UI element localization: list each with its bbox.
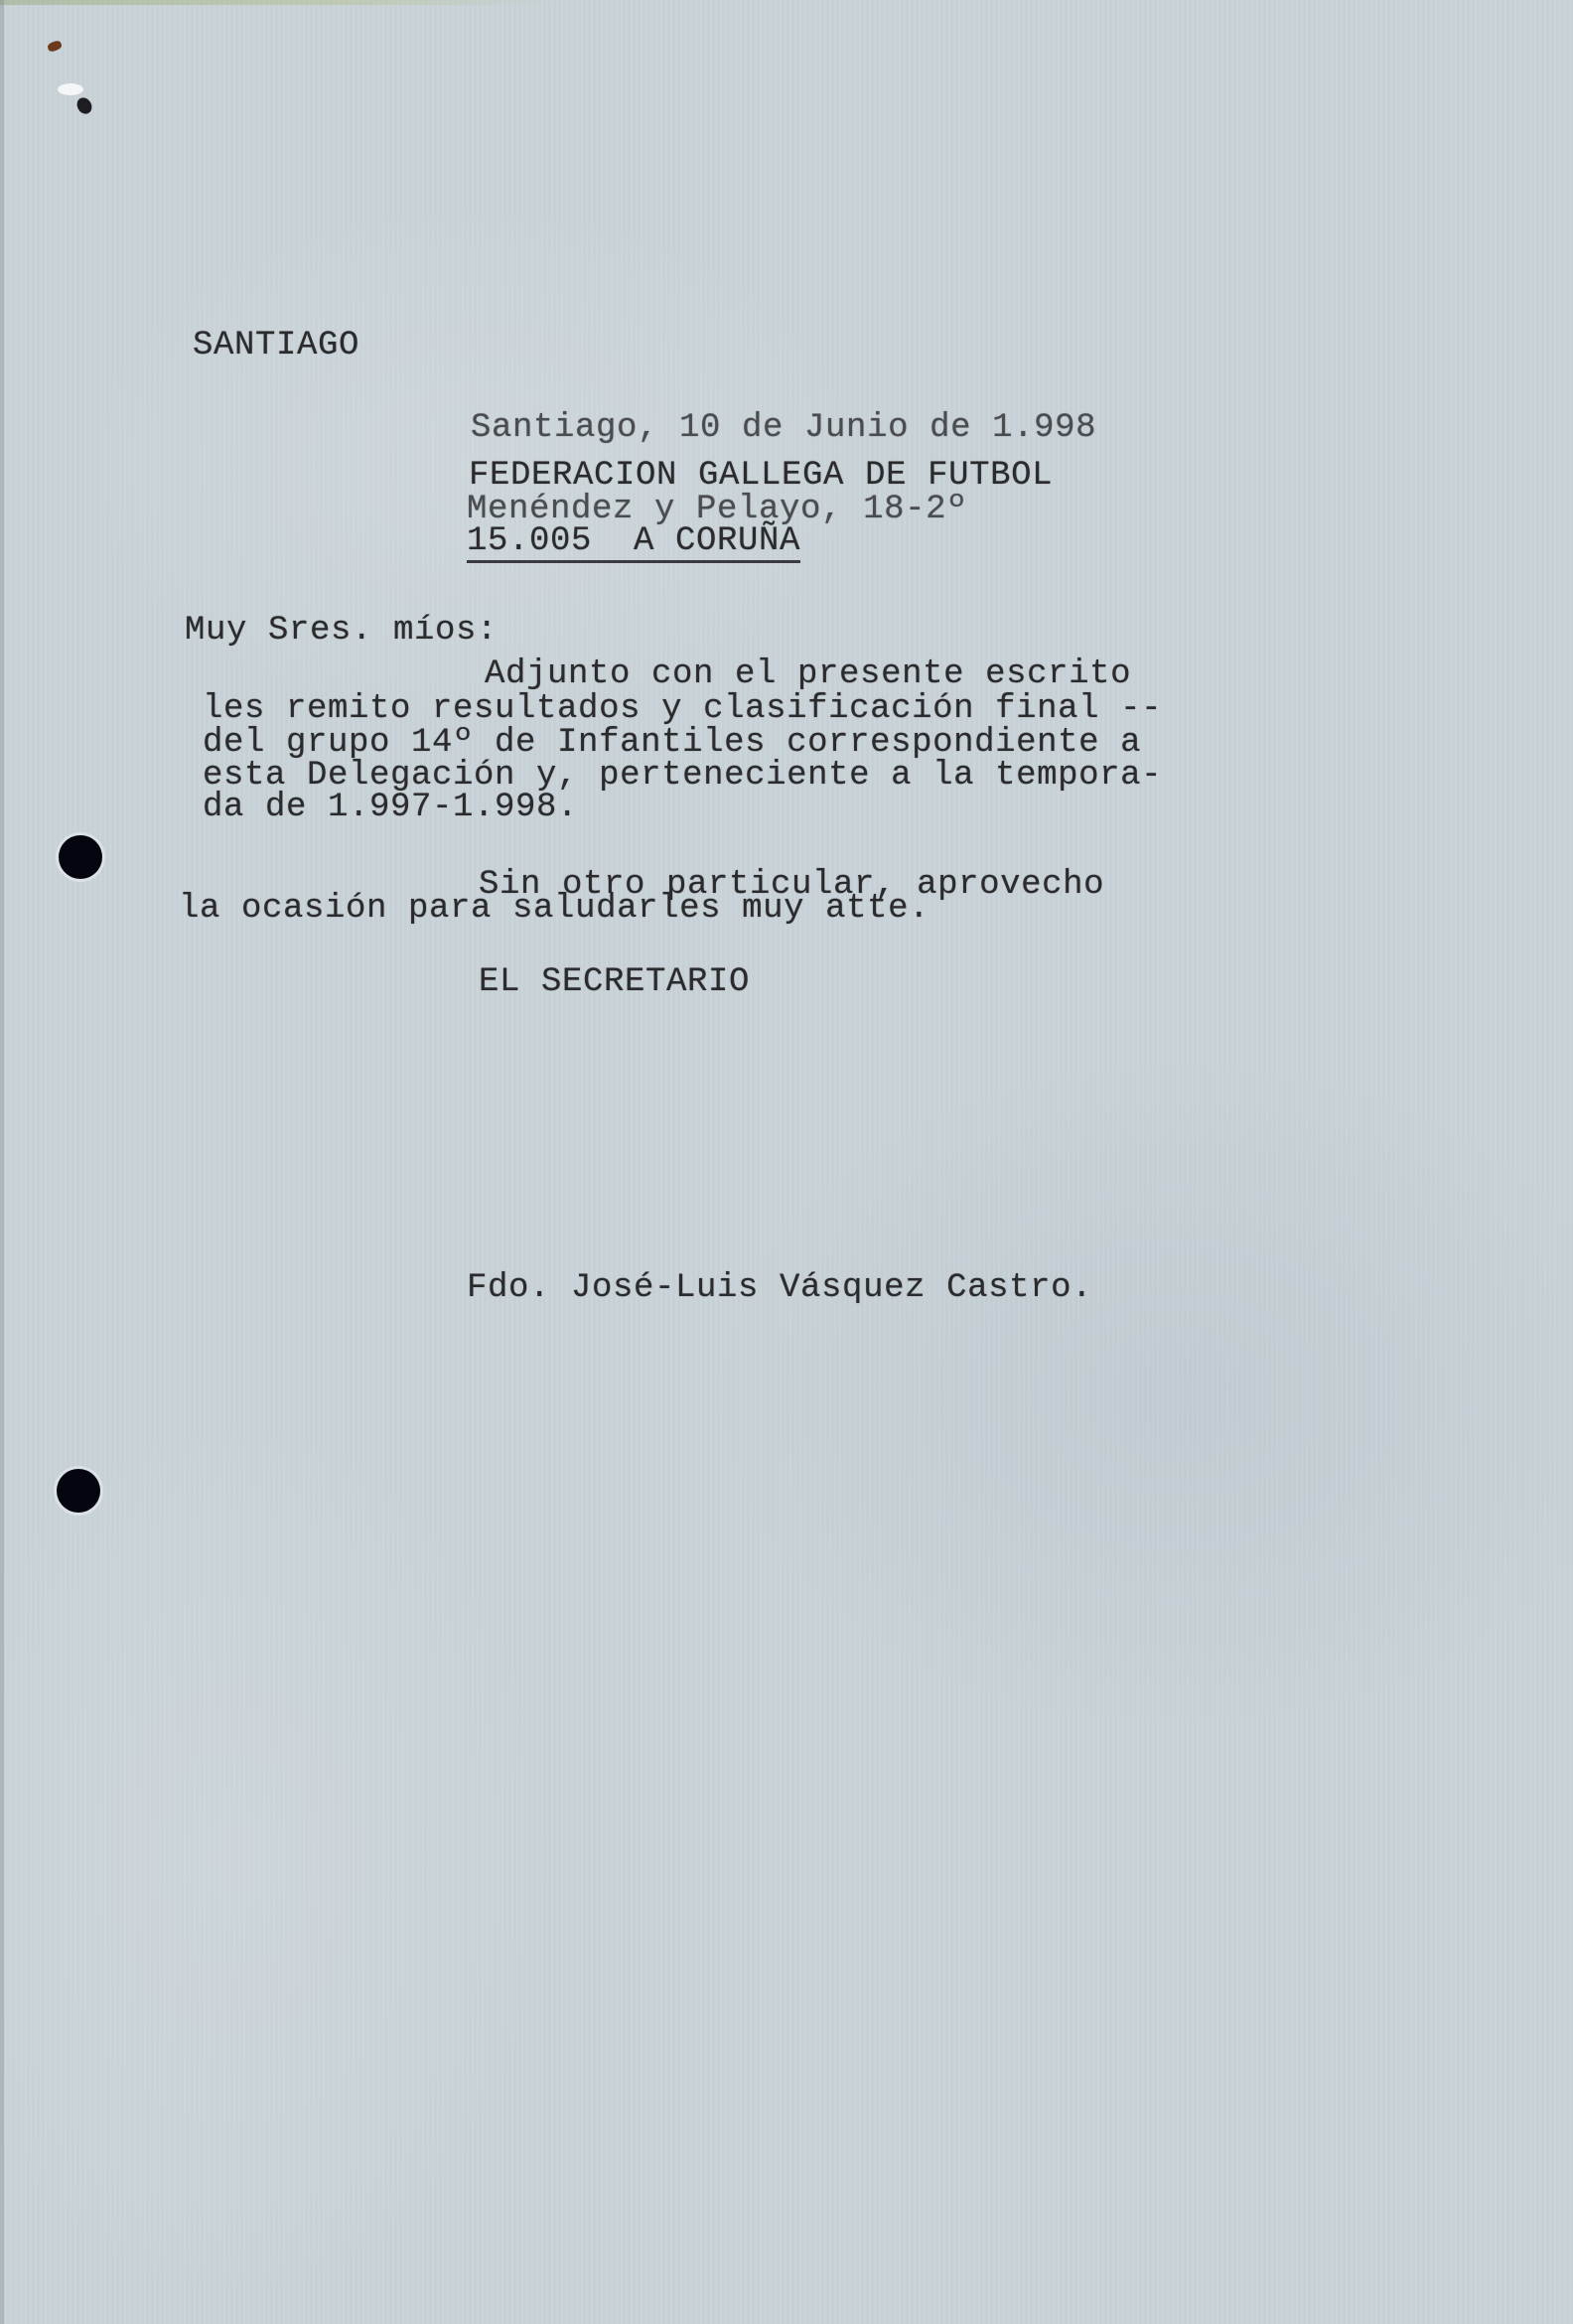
date-line: Santiago, 10 de Junio de 1.998 <box>471 411 1096 445</box>
hole-punch-lower <box>57 1469 100 1513</box>
header-place: SANTIAGO <box>193 329 359 363</box>
body-line-7: la ocasión para saludarles muy atte. <box>179 892 929 926</box>
signature-line: Fdo. José-Luis Vásquez Castro. <box>467 1271 1092 1305</box>
closing-title: EL SECRETARIO <box>479 965 750 999</box>
body-line-3: del grupo 14º de Infantiles correspondie… <box>203 726 1141 760</box>
recipient-street: Menéndez y Pelayo, 18-2º <box>467 493 967 526</box>
recipient-city: 15.005 A CORUÑA <box>467 524 800 563</box>
paper-tear-mark <box>58 83 83 95</box>
body-line-4: esta Delegación y, perteneciente a la te… <box>203 759 1162 793</box>
salutation: Muy Sres. míos: <box>185 614 498 648</box>
body-line-1: Adjunto con el presente escrito <box>485 657 1131 691</box>
hole-punch-upper <box>59 835 102 879</box>
scan-left-edge <box>0 0 4 2324</box>
recipient-name: FEDERACION GALLEGA DE FUTBOL <box>469 459 1053 493</box>
scan-top-edge <box>0 0 556 5</box>
body-line-5: da de 1.997-1.998. <box>203 791 578 824</box>
body-line-2: les remito resultados y clasificación fi… <box>203 692 1162 726</box>
